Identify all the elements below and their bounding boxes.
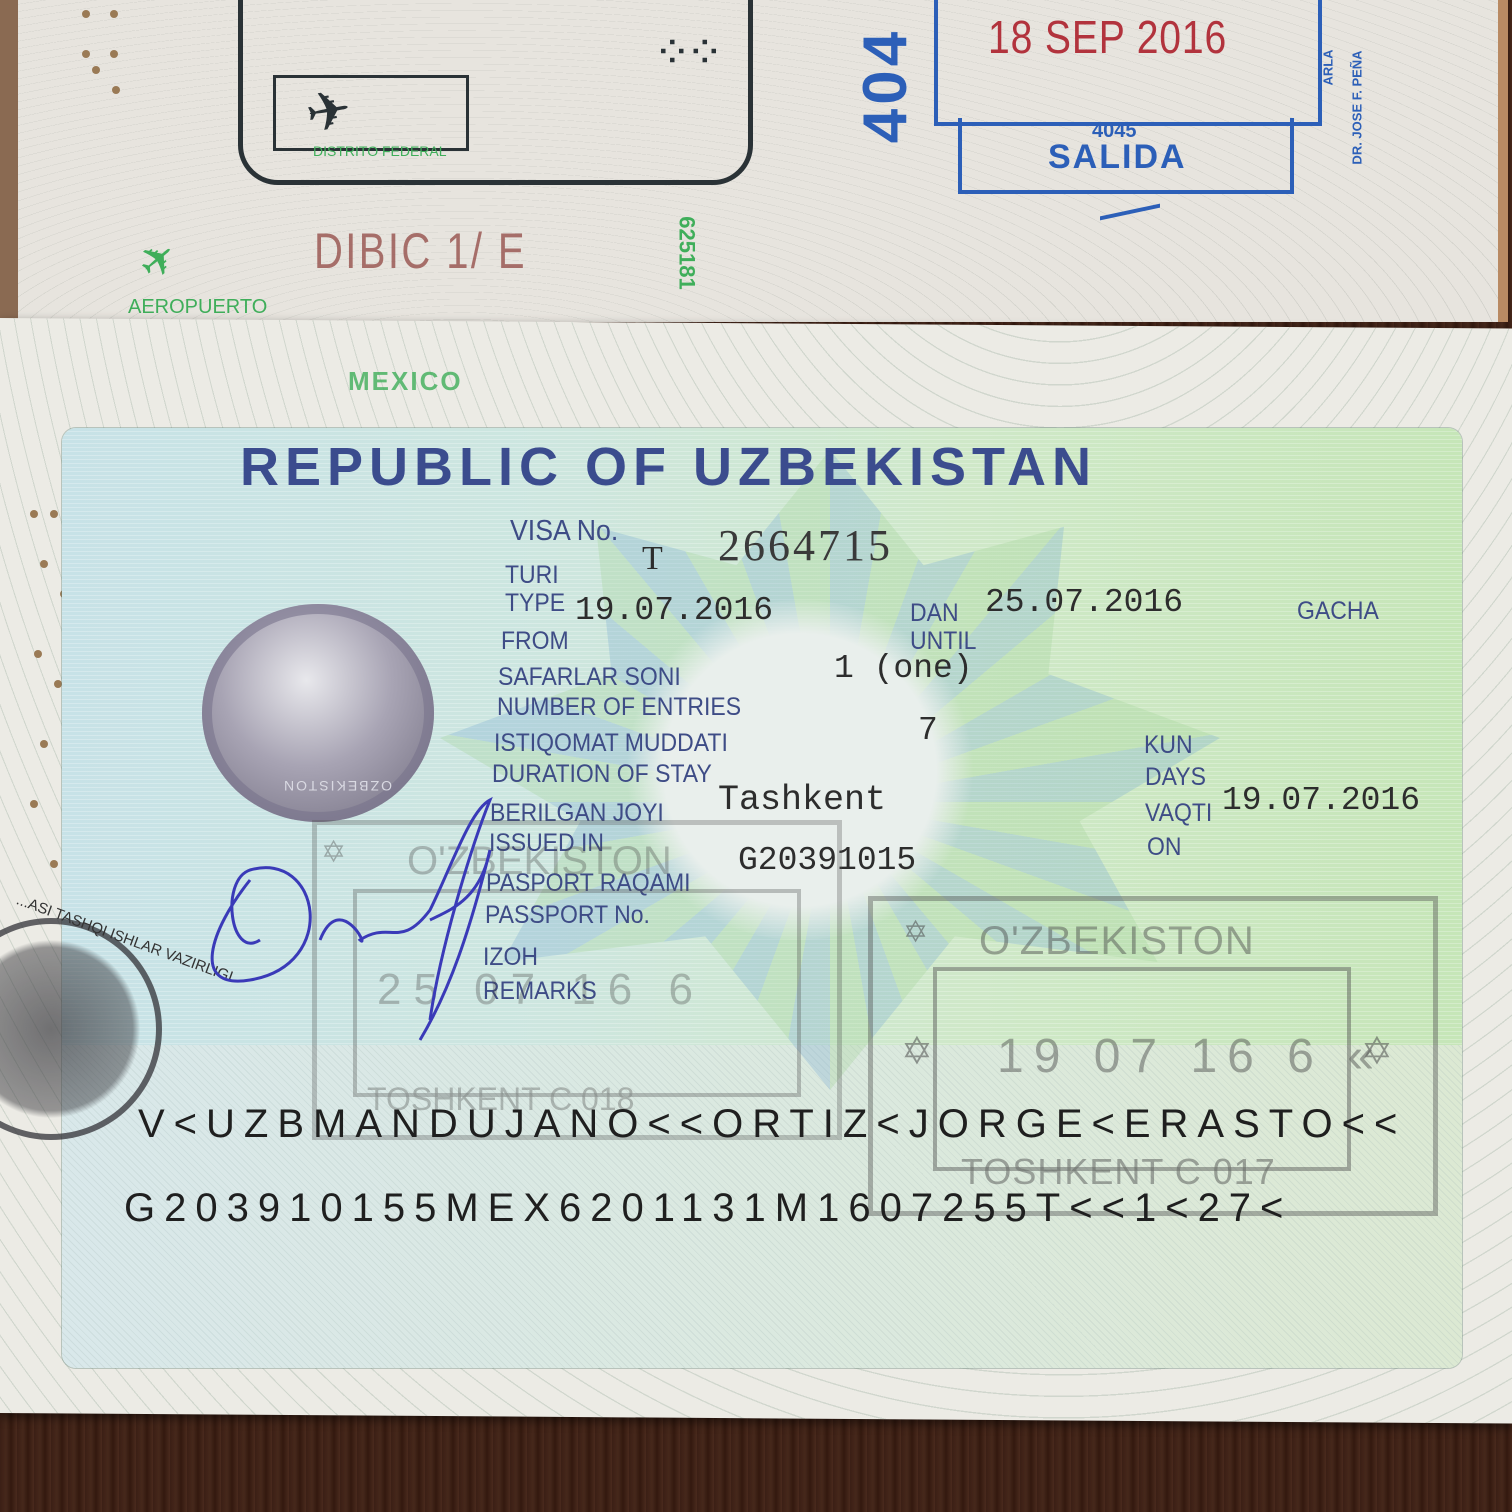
on-label: ON: [1147, 834, 1182, 860]
valid-from-value: 19.07.2016: [575, 592, 773, 629]
stamp-number-vertical: 404: [868, 0, 938, 170]
type-label-en: TYPE: [505, 590, 565, 616]
airplane-icon: ✈: [301, 77, 357, 147]
gacha-label: GACHA: [1297, 598, 1379, 624]
stamp-footer-text: DISTRITO FEDERAL: [313, 143, 447, 159]
exit-stamp-date: 18 SEP 2016: [988, 10, 1227, 64]
green-airport-text: AEROPUERTO: [128, 296, 267, 319]
visa-title: REPUBLIC OF UZBEKISTAN: [240, 436, 1097, 498]
days-label: DAYS: [1145, 764, 1206, 790]
exit-stamp-side-1: ARLA: [1321, 49, 1336, 85]
mrz-line-2: G203910155MEX6201131M1607255T<<1<27<: [124, 1186, 1292, 1231]
vaqti-label: VAQTI: [1145, 800, 1212, 826]
entries-label-uz: SAFARLAR SONI: [498, 664, 681, 690]
entries-label-en: NUMBER OF ENTRIES: [497, 694, 741, 720]
issued-in-value: Tashkent: [718, 780, 886, 820]
exit-stamp-lower-box: 4045 SALIDA: [958, 118, 1294, 194]
airport-entry-stamp: ✈ ⁘⁘ DISTRITO FEDERAL: [238, 0, 753, 185]
duration-value: 7: [918, 712, 938, 749]
from-label: FROM: [501, 628, 569, 654]
airplane-frame: ✈: [273, 75, 469, 151]
duration-label-en: DURATION OF STAY: [492, 761, 712, 787]
entry-stamp-right-date: 19 07 16 6 «: [997, 1029, 1384, 1084]
exit-stamp-box: 18 SEP 2016: [934, 0, 1322, 126]
exit-stamp-side-2: DR. JOSE F. PEÑA: [1350, 50, 1365, 164]
issued-on-value: 19.07.2016: [1222, 782, 1420, 819]
valid-until-value: 25.07.2016: [985, 584, 1183, 621]
entry-stamp-right: O'ZBEKISTON 19 07 16 6 « TOSHKENT C 017 …: [868, 896, 1438, 1216]
kun-label: KUN: [1144, 732, 1193, 758]
emblem-icon: ✡: [903, 915, 928, 950]
emblem-icon: ✡: [901, 1029, 933, 1074]
emblem-icon: ✡: [1361, 1029, 1393, 1074]
duration-label-uz: ISTIQOMAT MUDDATI: [494, 730, 728, 756]
dan-label: DAN: [910, 600, 959, 626]
green-stamp-number: 625181: [674, 216, 700, 289]
green-mexico-stamp: MEXICO: [348, 366, 463, 397]
red-faded-stamp: DIBIC 1/ E: [314, 222, 527, 280]
exit-stamp-type: SALIDA: [1048, 138, 1187, 177]
entry-stamp-right-country: O'ZBEKISTON: [979, 919, 1255, 964]
mrz-line-1: V<UZBMANDUJANO<<ORTIZ<JORGE<ERASTO<<: [138, 1102, 1406, 1147]
signature: [190, 790, 620, 1050]
visa-number: 2664715: [718, 520, 893, 571]
stars-icon: ⁘⁘: [653, 25, 718, 79]
entries-value: 1 (one): [834, 650, 973, 687]
type-label-uz: TURI: [505, 562, 559, 588]
red-date-fragment: [12, 0, 122, 30]
stamp-code-vertical: 404: [850, 28, 921, 143]
visa-no-label: VISA No.: [510, 518, 618, 544]
visa-type-value: T: [642, 540, 663, 578]
